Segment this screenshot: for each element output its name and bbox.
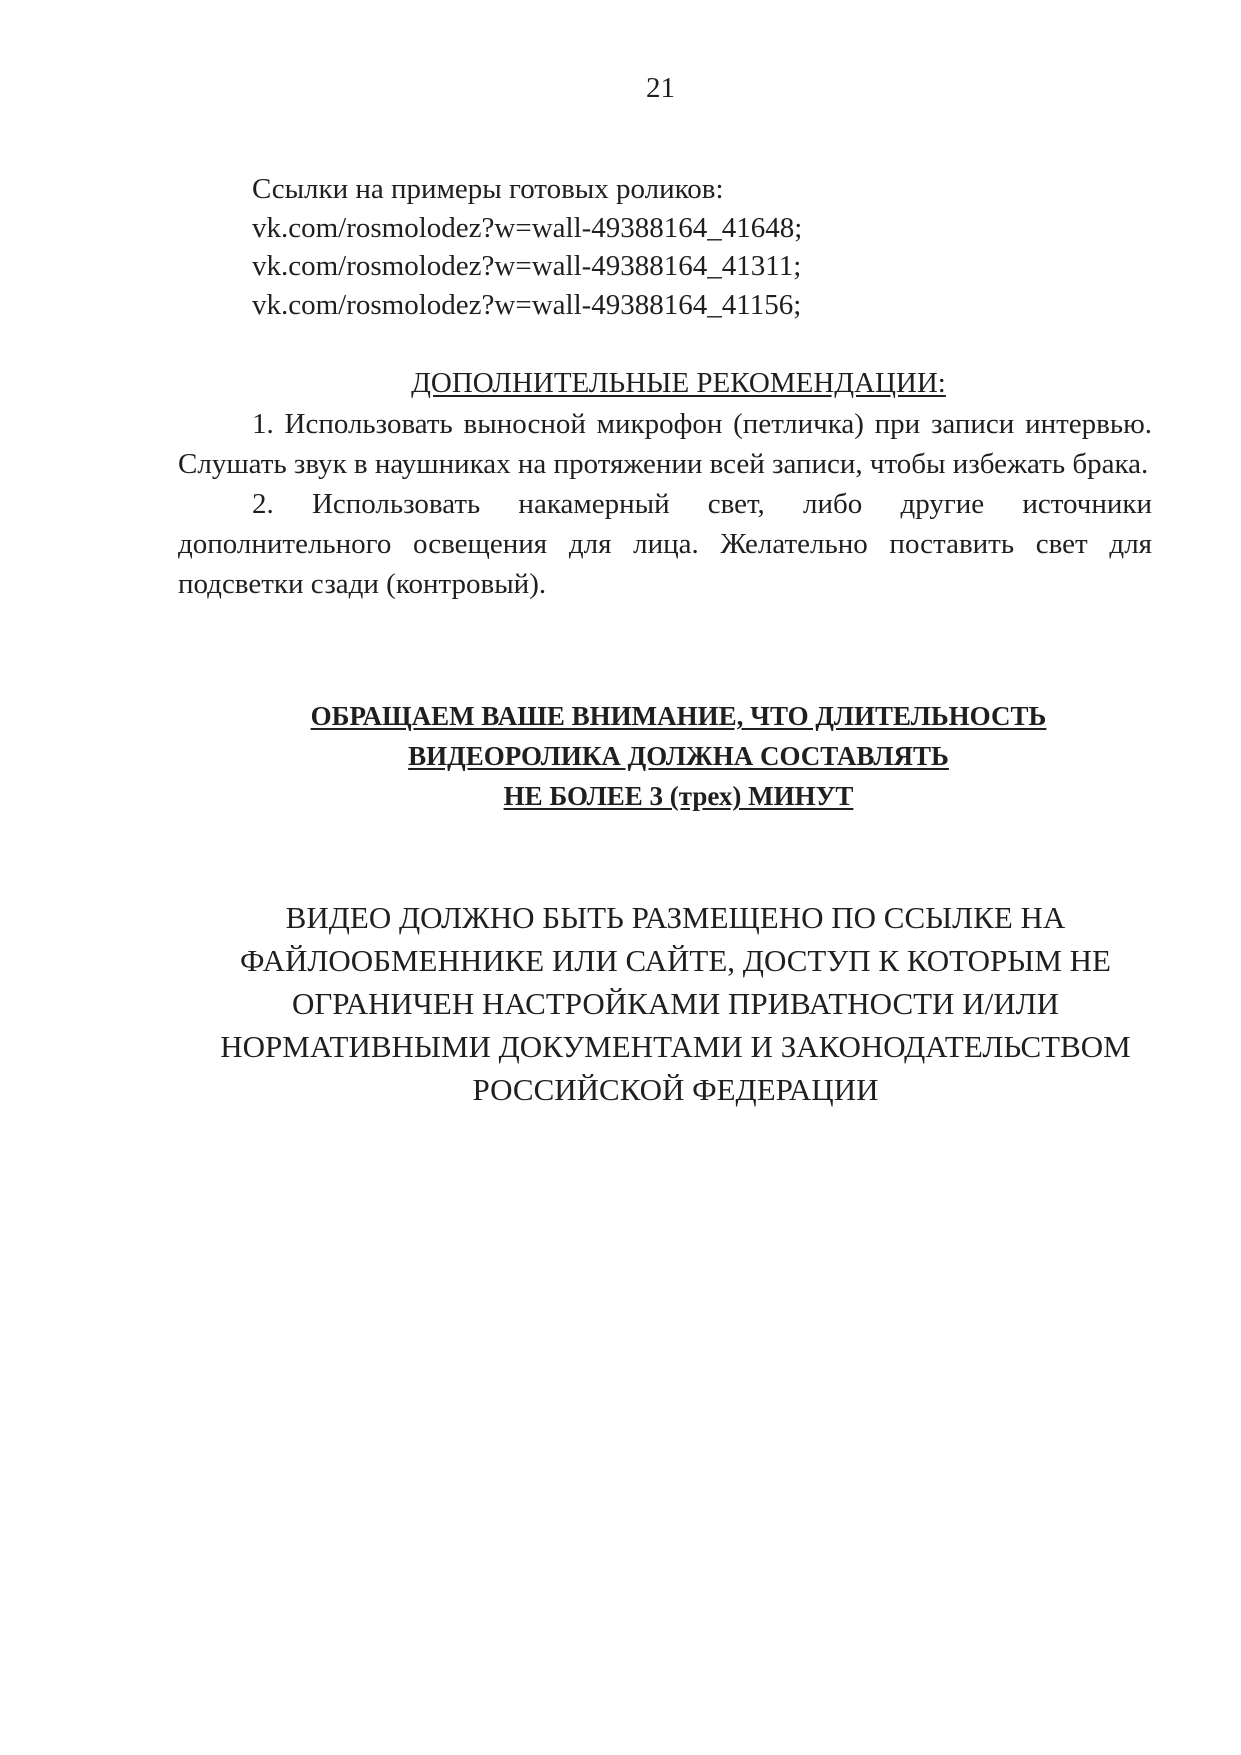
duration-warning-line: НЕ БОЛЕЕ 3 (трех) МИНУТ: [504, 781, 854, 811]
duration-warning-line: ОБРАЩАЕМ ВАШЕ ВНИМАНИЕ, ЧТО ДЛИТЕЛЬНОСТЬ: [311, 701, 1047, 731]
recommendations-heading: ДОПОЛНИТЕЛЬНЫЕ РЕКОМЕНДАЦИИ:: [0, 364, 1241, 402]
example-link[interactable]: vk.com/rosmolodez?w=wall-49388164_41311;: [252, 247, 802, 286]
example-link[interactable]: vk.com/rosmolodez?w=wall-49388164_41156;: [252, 286, 802, 325]
hosting-notice-line: НОРМАТИВНЫМИ ДОКУМЕНТАМИ И ЗАКОНОДАТЕЛЬС…: [110, 1025, 1241, 1068]
example-links-intro: Ссылки на примеры готовых роликов:: [252, 170, 802, 209]
recommendations-heading-text: ДОПОЛНИТЕЛЬНЫЕ РЕКОМЕНДАЦИИ:: [411, 367, 946, 399]
hosting-notice-line: РОССИЙСКОЙ ФЕДЕРАЦИИ: [110, 1068, 1241, 1111]
hosting-notice-line: ФАЙЛООБМЕННИКЕ ИЛИ САЙТЕ, ДОСТУП К КОТОР…: [110, 939, 1241, 982]
recommendation-item: 1. Использовать выносной микрофон (петли…: [178, 404, 1152, 484]
example-links-section: Ссылки на примеры готовых роликов: vk.co…: [252, 170, 802, 324]
duration-warning-line: ВИДЕОРОЛИКА ДОЛЖНА СОСТАВЛЯТЬ: [408, 741, 949, 771]
hosting-notice-line: ВИДЕО ДОЛЖНО БЫТЬ РАЗМЕЩЕНО ПО ССЫЛКЕ НА: [110, 896, 1241, 939]
recommendations-list: 1. Использовать выносной микрофон (петли…: [178, 404, 1152, 604]
recommendation-item: 2. Использовать накамерный свет, либо др…: [178, 484, 1152, 604]
example-link[interactable]: vk.com/rosmolodez?w=wall-49388164_41648;: [252, 209, 802, 248]
duration-warning: ОБРАЩАЕМ ВАШЕ ВНИМАНИЕ, ЧТО ДЛИТЕЛЬНОСТЬ…: [0, 696, 1241, 816]
page-number: 21: [0, 70, 1241, 106]
hosting-notice-line: ОГРАНИЧЕН НАСТРОЙКАМИ ПРИВАТНОСТИ И/ИЛИ: [110, 982, 1241, 1025]
hosting-notice: ВИДЕО ДОЛЖНО БЫТЬ РАЗМЕЩЕНО ПО ССЫЛКЕ НА…: [0, 896, 1241, 1111]
